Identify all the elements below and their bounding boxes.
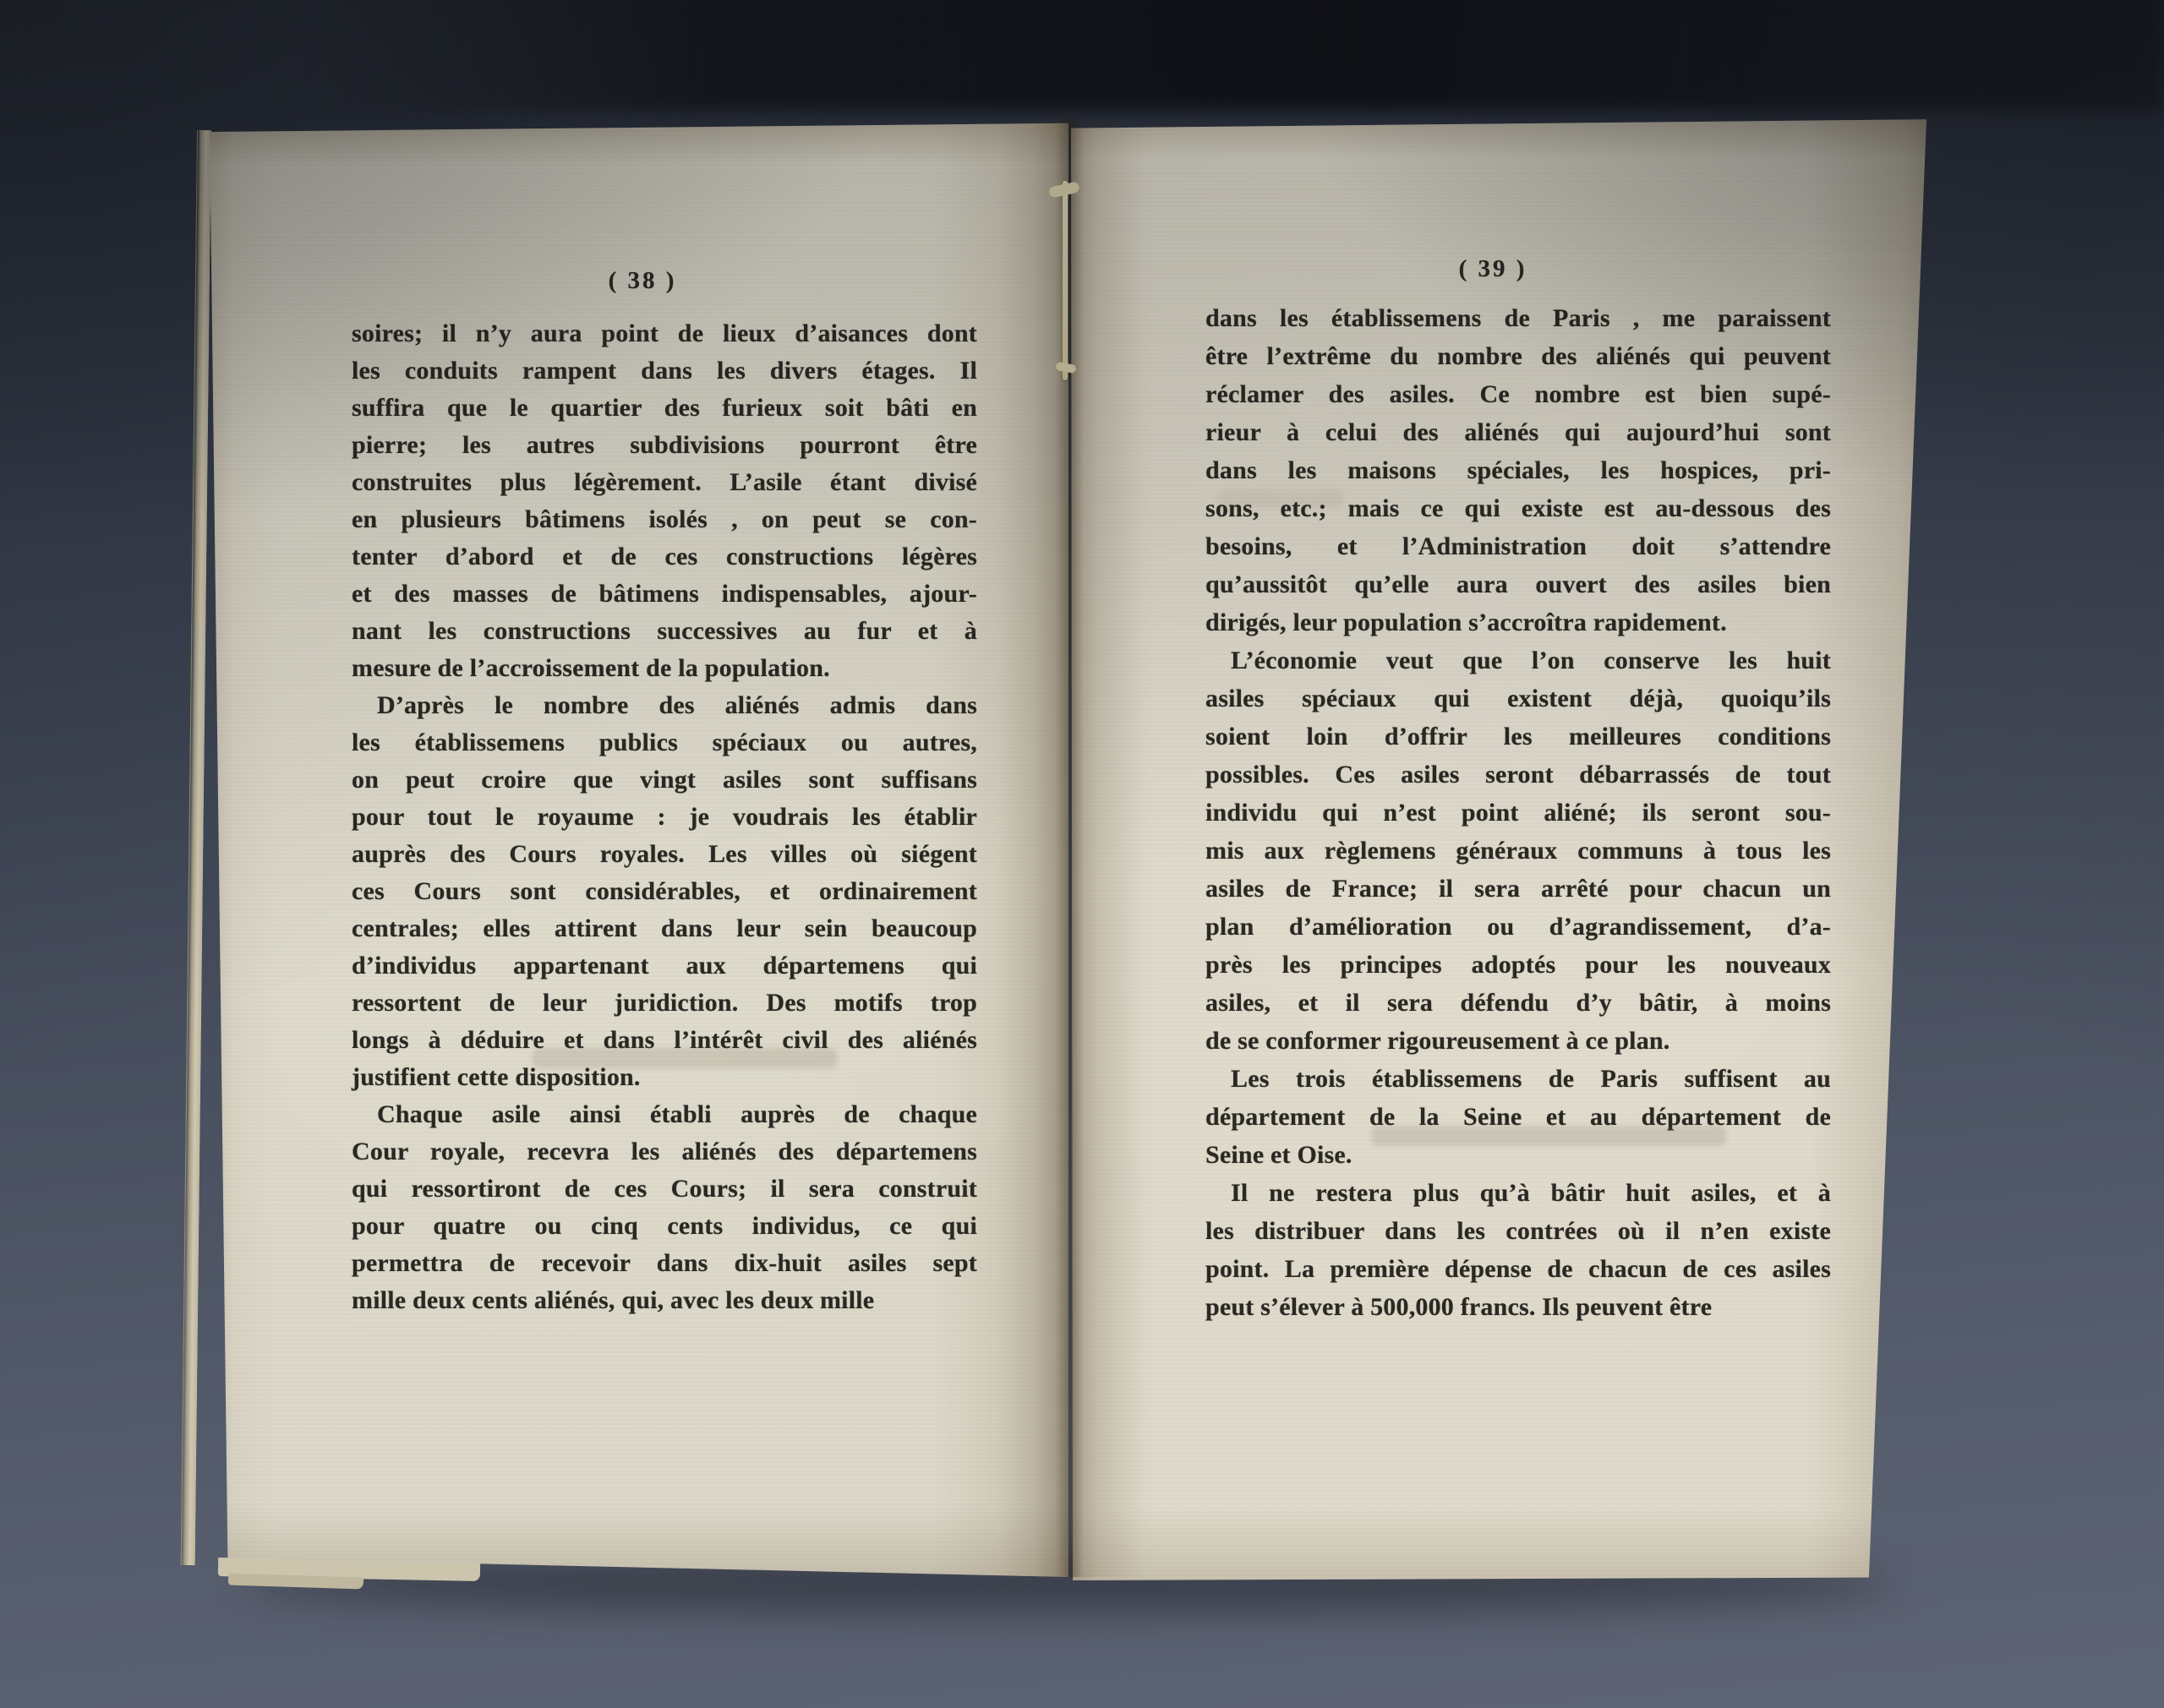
book-top-shadow	[304, 0, 2164, 112]
text-line: qu’aussitôt qu’elle aura ouvert des asil…	[1205, 565, 1831, 603]
text-line: département de la Seine et au départemen…	[1205, 1098, 1831, 1136]
binding-thread	[1063, 181, 1068, 380]
text-line: nant les constructions successives au fu…	[352, 613, 977, 650]
text-line: pour tout le royaume : je voudrais les é…	[352, 799, 977, 836]
text-line: D’après le nombre des aliénés admis dans	[352, 687, 977, 724]
text-line: être l’extrême du nombre des aliénés qui…	[1205, 337, 1831, 375]
text-line: de se conformer rigoureusement à ce plan…	[1205, 1022, 1831, 1060]
text-line: d’individus appartenant aux départemens …	[352, 947, 977, 985]
page-number-right: ( 39 )	[1324, 255, 1662, 283]
text-line: auprès des Cours royales. Les villes où …	[352, 836, 977, 873]
page-left-text: soires; il n’y aura point de lieux d’ais…	[352, 315, 977, 1319]
text-line: dans les maisons spéciales, les hospices…	[1205, 451, 1831, 489]
text-line: possibles. Ces asiles seront débarrassés…	[1205, 756, 1831, 794]
page-number-left: ( 38 )	[473, 267, 811, 295]
text-line: ces Cours sont considérables, et ordinai…	[352, 873, 977, 910]
text-line: soient loin d’offrir les meilleures cond…	[1205, 718, 1831, 756]
page-right: ( 39 ) dans les établissemens de Paris ,…	[1068, 115, 1927, 1580]
text-line: Chaque asile ainsi établi auprès de chaq…	[352, 1096, 977, 1133]
page-edge-stack-left	[181, 130, 211, 1565]
text-line: et des masses de bâtimens indispensables…	[352, 576, 977, 613]
text-line: asiles spéciaux qui existent déjà, quoiq…	[1205, 679, 1831, 718]
text-line: mille deux cents aliénés, qui, avec les …	[352, 1282, 977, 1319]
page-right-text: dans les établissemens de Paris , me par…	[1205, 299, 1831, 1326]
text-line: dans les établissemens de Paris , me par…	[1205, 299, 1831, 337]
page-left: ( 38 ) soires; il n’y aura point de lieu…	[208, 122, 1068, 1577]
text-line: individu qui n’est point aliéné; ils ser…	[1205, 794, 1831, 832]
text-line: Cour royale, recevra les aliénés des dép…	[352, 1133, 977, 1170]
text-line: plan d’amélioration ou d’agrandissement,…	[1205, 908, 1831, 946]
text-line: permettra de recevoir dans dix-huit asil…	[352, 1245, 977, 1282]
text-line: centrales; elles attirent dans leur sein…	[352, 910, 977, 947]
text-line: besoins, et l’Administration doit s’atte…	[1205, 527, 1831, 565]
text-line: construites plus légèrement. L’asile éta…	[352, 464, 977, 501]
text-line: mesure de l’accroissement de la populati…	[352, 650, 977, 687]
text-line: asiles de France; il sera arrêté pour ch…	[1205, 870, 1831, 908]
text-line: tenter d’abord et de ces constructions l…	[352, 538, 977, 576]
text-line: Il ne restera plus qu’à bâtir huit asile…	[1205, 1174, 1831, 1212]
text-line: les conduits rampent dans les divers éta…	[352, 352, 977, 390]
text-line: qui ressortiront de ces Cours; il sera c…	[352, 1170, 977, 1208]
text-line: point. La première dépense de chacun de …	[1205, 1250, 1831, 1288]
text-line: peut s’élever à 500,000 francs. Ils peuv…	[1205, 1288, 1831, 1326]
text-line: soires; il n’y aura point de lieux d’ais…	[352, 315, 977, 352]
text-line: les distribuer dans les contrées où il n…	[1205, 1212, 1831, 1250]
text-line: asiles, et il sera défendu d’y bâtir, à …	[1205, 984, 1831, 1022]
text-line: mis aux règlemens généraux communs à tou…	[1205, 832, 1831, 870]
text-line: en plusieurs bâtimens isolés , on peut s…	[352, 501, 977, 538]
text-line: L’économie veut que l’on conserve les hu…	[1205, 641, 1831, 679]
text-line: près les principes adoptés pour les nouv…	[1205, 946, 1831, 984]
text-line: Seine et Oise.	[1205, 1136, 1831, 1174]
text-line: on peut croire que vingt asiles sont suf…	[352, 761, 977, 799]
text-line: rieur à celui des aliénés qui aujourd’hu…	[1205, 413, 1831, 451]
text-line: sons, etc.; mais ce qui existe est au-de…	[1205, 489, 1831, 527]
text-line: dirigés, leur population s’accroîtra rap…	[1205, 603, 1831, 641]
text-line: Les trois établissemens de Paris suffise…	[1205, 1060, 1831, 1098]
photo-background: ( 38 ) soires; il n’y aura point de lieu…	[0, 0, 2164, 1708]
text-line: pour quatre ou cinq cents individus, ce …	[352, 1208, 977, 1245]
text-line: les établissemens publics spéciaux ou au…	[352, 724, 977, 761]
text-line: justifient cette disposition.	[352, 1059, 977, 1096]
text-line: longs à déduire et dans l’intérêt civil …	[352, 1022, 977, 1059]
text-line: pierre; les autres subdivisions pourront…	[352, 427, 977, 464]
text-line: ressortent de leur juridiction. Des moti…	[352, 985, 977, 1022]
text-line: suffira que le quartier des furieux soit…	[352, 390, 977, 427]
text-line: réclamer des asiles. Ce nombre est bien …	[1205, 375, 1831, 413]
